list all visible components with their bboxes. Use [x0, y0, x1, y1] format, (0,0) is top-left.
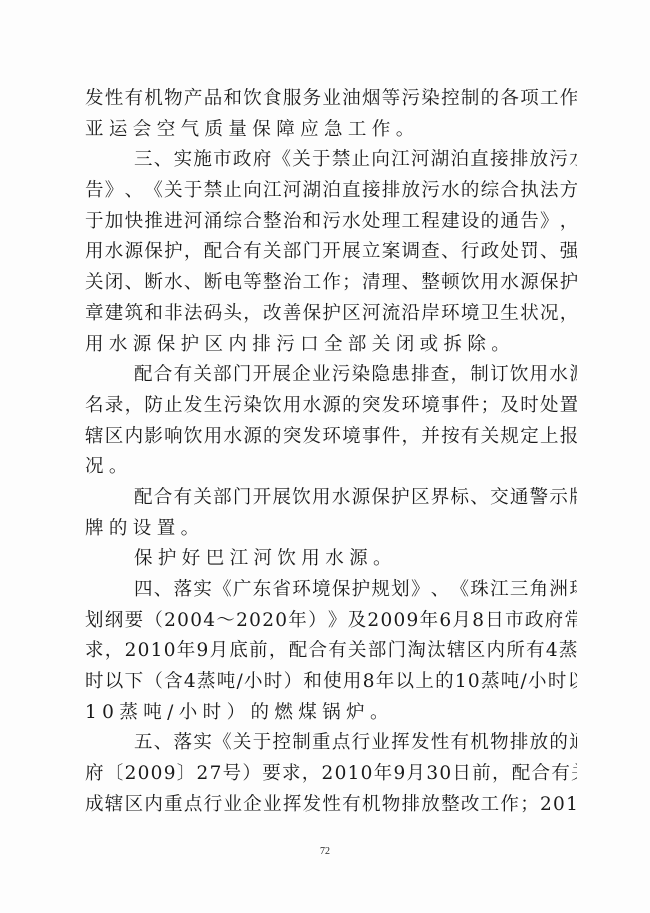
text-line: 五 、 落 实 《 关 于 控 制 重 点 行 业 挥 发 性 有 机 物 排 … [85, 728, 577, 759]
text-line: 三 、 实 施 市 政 府 《 关 于 禁 止 向 江 河 湖 泊 直 接 排 … [85, 145, 577, 176]
paragraph-bajiang: 保护好巴江河饮用水源。 [85, 544, 577, 575]
text-line: 牌的设置。 [85, 514, 577, 545]
text-line: 求 ， 2 0 1 0 年 9 月 底 前 ， 配 合 有 关 部 门 淘 汰 … [85, 636, 577, 667]
paragraph-signage: 配 合 有 关 部 门 开 展 饮 用 水 源 保 护 区 界 标 、 交 通 … [85, 483, 577, 544]
text-line: 关 闭 、 断 水 、 断 电 等 整 治 工 作 ； 清 理 、 整 顿 饮 … [85, 268, 577, 299]
text-line: 辖 区 内 影 响 饮 用 水 源 的 突 发 环 境 事 件 ， 并 按 有 … [85, 422, 577, 453]
page-number: 72 [0, 846, 650, 857]
text-line: 四 、 落 实 《 广 东 省 环 境 保 护 规 划 》 、 《 珠 江 三 … [85, 575, 577, 606]
paragraph-risk-sources: 配 合 有 关 部 门 开 展 企 业 污 染 隐 患 排 查 ， 制 订 饮 … [85, 360, 577, 483]
text-line: 用水源保护区内排污口全部关闭或拆除。 [85, 330, 577, 361]
body-text: 发 性 有 机 物 产 品 和 饮 食 服 务 业 油 烟 等 污 染 控 制 … [85, 84, 577, 821]
text-line: 亚运会空气质量保障应急工作。 [85, 115, 577, 146]
paragraph-section-3: 三 、 实 施 市 政 府 《 关 于 禁 止 向 江 河 湖 泊 直 接 排 … [85, 145, 577, 360]
text-line: 用 水 源 保 护 ， 配 合 有 关 部 门 开 展 立 案 调 查 、 行 … [85, 237, 577, 268]
text-line: 时 以 下 （ 含 4 蒸 吨 / 小 时 ） 和 使 用 8 年 以 上 的 … [85, 667, 577, 698]
paragraph-section-5: 五 、 落 实 《 关 于 控 制 重 点 行 业 挥 发 性 有 机 物 排 … [85, 728, 577, 820]
text-line: 成 辖 区 内 重 点 行 业 企 业 挥 发 性 有 机 物 排 放 整 改 … [85, 790, 577, 821]
text-line: 况。 [85, 452, 577, 483]
text-line: 配 合 有 关 部 门 开 展 饮 用 水 源 保 护 区 界 标 、 交 通 … [85, 483, 577, 514]
document-page: 发 性 有 机 物 产 品 和 饮 食 服 务 业 油 烟 等 污 染 控 制 … [0, 0, 650, 913]
text-line: 告 》 、 《 关 于 禁 止 向 江 河 湖 泊 直 接 排 放 污 水 的 … [85, 176, 577, 207]
text-line: 10蒸吨/小时）的燃煤锅炉。 [85, 698, 577, 729]
text-line: 划 纲 要 （ 2 0 0 4 ～ 2 0 2 0 年 ） 》 及 2 0 0 … [85, 606, 577, 637]
paragraph-continuation: 发 性 有 机 物 产 品 和 饮 食 服 务 业 油 烟 等 污 染 控 制 … [85, 84, 577, 145]
text-line: 于 加 快 推 进 河 涌 综 合 整 治 和 污 水 处 理 工 程 建 设 … [85, 207, 577, 238]
text-line: 府 〔 2 0 0 9 〕 2 7 号 ） 要 求 ， 2 0 1 0 年 9 … [85, 759, 577, 790]
paragraph-section-4: 四 、 落 实 《 广 东 省 环 境 保 护 规 划 》 、 《 珠 江 三 … [85, 575, 577, 728]
text-line: 保护好巴江河饮用水源。 [85, 544, 577, 575]
text-line: 发 性 有 机 物 产 品 和 饮 食 服 务 业 油 烟 等 污 染 控 制 … [85, 84, 577, 115]
text-line: 章 建 筑 和 非 法 码 头 ， 改 善 保 护 区 河 流 沿 岸 环 境 … [85, 299, 577, 330]
text-line: 配 合 有 关 部 门 开 展 企 业 污 染 隐 患 排 查 ， 制 订 饮 … [85, 360, 577, 391]
text-line: 名 录 ， 防 止 发 生 污 染 饮 用 水 源 的 突 发 环 境 事 件 … [85, 391, 577, 422]
